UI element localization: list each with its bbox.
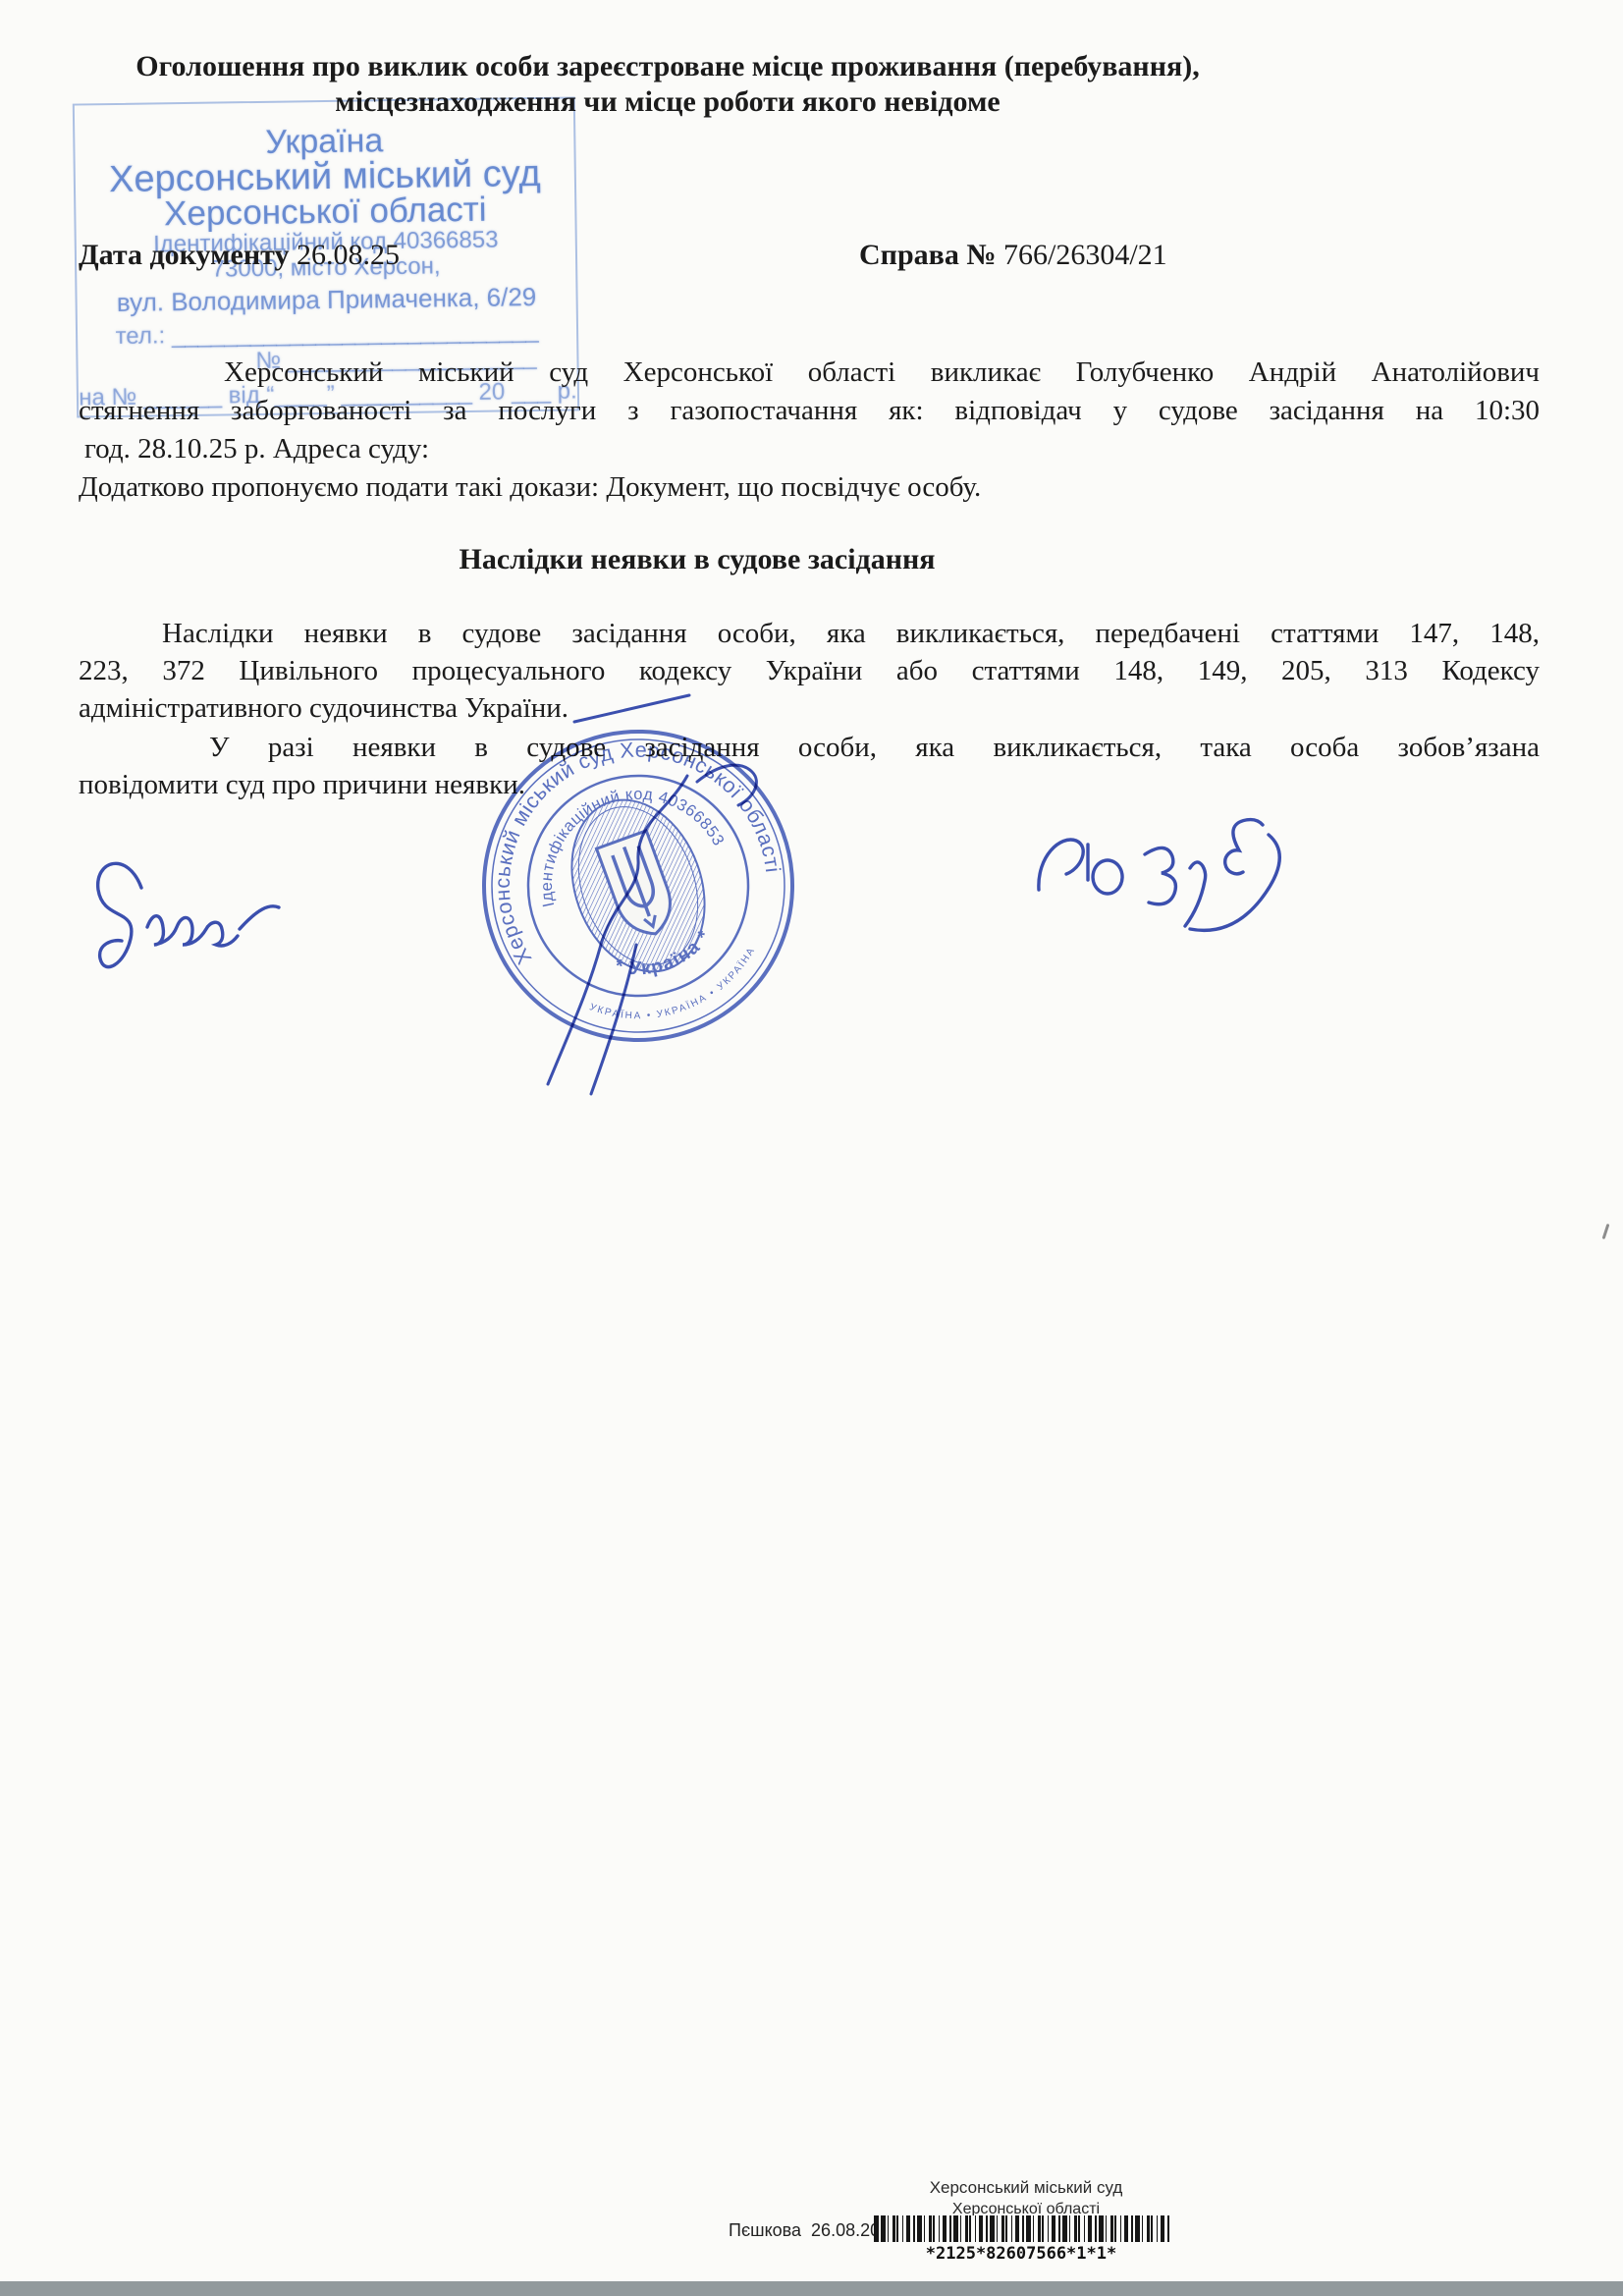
barcode-text: *2125*82607566*1*1* (874, 2244, 1168, 2264)
barcode (874, 2215, 1171, 2242)
stamp-country: Україна (265, 123, 383, 160)
title-line-1: Оголошення про виклик особи зареєстрован… (79, 49, 1257, 84)
section-heading: Наслідки неявки в судове засідання (79, 543, 1316, 576)
operator-name: Пєшкова (729, 2220, 801, 2240)
body-line: Херсонський міський суд Херсонської обла… (79, 355, 1540, 389)
scan-speck (1602, 1224, 1610, 1239)
case-label: Справа № (859, 239, 996, 271)
date-label: Дата документу (79, 239, 289, 271)
footer-court-line1: Херсонський міський суд (908, 2178, 1144, 2198)
body-line: стягнення заборгованості за послуги з га… (79, 394, 1540, 427)
body-line: Наслідки неявки в судове засідання особи… (79, 617, 1540, 650)
case-number: Справа № 766/26304/21 (859, 239, 1167, 272)
body-line: год. 28.10.25 р. Адреса суду: (79, 432, 1545, 465)
document-date: Дата документу 26.08.25 (79, 239, 400, 272)
judge-initials-signature (1023, 815, 1318, 943)
stamp-address-line2: вул. Володимира Примаченка, 6/29 (117, 282, 537, 317)
body-line: Додатково пропонуємо подати такі докази:… (79, 470, 1540, 504)
scanned-court-document: Оголошення про виклик особи зареєстрован… (0, 0, 1623, 2296)
stamp-region: Херсонської області (164, 192, 487, 233)
judge-signature (84, 837, 320, 984)
body-line: 223, 372 Цивільного процесуального кодек… (79, 654, 1540, 687)
date-value: 26.08.25 (297, 239, 400, 271)
case-value: 766/26304/21 (1003, 239, 1167, 271)
scan-edge-band (0, 2281, 1623, 2296)
